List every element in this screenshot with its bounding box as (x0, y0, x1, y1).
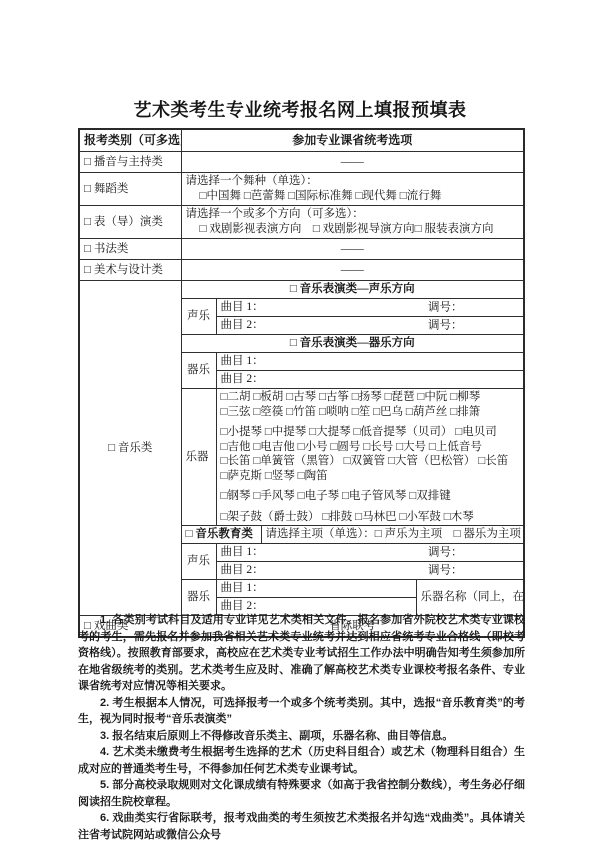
education-instrumental-piece1-label: 曲目 1： (221, 582, 264, 594)
row-calligraphy: □ 书法类 —— (79, 239, 524, 260)
education-instrumental-piece1-field[interactable]: 曲目 1： (216, 580, 416, 598)
vocal-piece1-key-label: 调号： (428, 300, 463, 315)
instrument-line[interactable]: □二胡 □板胡 □古琴 □古筝 □扬琴 □琵琶 □中阮 □柳琴 (221, 390, 520, 405)
instrument-group-western: □小提琴 □中提琴 □大提琴 □低音提琴（贝司） □电贝司 □吉他 □电吉他 □… (221, 425, 520, 483)
checkbox-music-instrumental-performance[interactable]: □ 音乐表演类—器乐方向 (181, 335, 524, 353)
broadcast-empty-dash: —— (181, 152, 524, 173)
checkbox-music-vocal-performance[interactable]: □ 音乐表演类—声乐方向 (181, 281, 524, 299)
education-vocal-piece2-field[interactable]: 曲目 2： 调号： (216, 562, 524, 580)
note-2: 2. 考生根据本人情况，可选择报考一个或多个统考类别。其中，选报“音乐教育类”的… (78, 695, 525, 728)
note-4: 4. 艺术类未缴费考生根据考生选择的艺术（历史科目组合）或艺术（物理科目组合）生… (78, 744, 525, 777)
instrumental-piece2-label: 曲目 2： (221, 373, 264, 385)
acting-prompt: 请选择一个或多个方向（可多选）： (186, 207, 520, 222)
education-vocal-piece1-label: 曲目 1： (221, 546, 264, 558)
row-music-vocal-header: □ 音乐类 □ 音乐表演类—声乐方向 (79, 281, 524, 299)
vocal-piece1-field[interactable]: 曲目 1： 调号： (216, 299, 524, 317)
vocal-piece2-key-label: 调号： (428, 318, 463, 333)
calligraphy-empty-dash: —— (181, 239, 524, 260)
education-vocal-piece1-key-label: 调号： (428, 545, 463, 560)
dance-prompt: 请选择一个舞种（单选）： (186, 174, 520, 189)
row-dance: □ 舞蹈类 请选择一个舞种（单选）： □中国舞 □芭蕾舞 □国际标准舞 □现代舞… (79, 173, 524, 206)
instrumental-piece1-label: 曲目 1： (221, 355, 264, 367)
instrument-line[interactable]: □小提琴 □中提琴 □大提琴 □低音提琴（贝司） □电贝司 (221, 425, 520, 440)
checkbox-calligraphy[interactable]: □ 书法类 (79, 239, 181, 260)
note-6: 6. 戏曲类实行省际联考，报考戏曲类的考生须按艺术类报名并勾选“戏曲类”。具体请… (78, 810, 525, 843)
header-category: 报考类别（可多选） (79, 129, 181, 152)
row-broadcast-host: □ 播音与主持类 —— (79, 152, 524, 173)
instrument-line[interactable]: □长笛 □单簧管（黑管） □双簧管 □大管（巴松管） □长笛 (221, 454, 520, 469)
note-5: 5. 部分高校录取规则对文化课成绩有特殊要求（如高于我省控制分数线），考生务必仔… (78, 777, 525, 810)
table-header-row: 报考类别（可多选） 参加专业课省统考选项 (79, 129, 524, 152)
page-title: 艺术类考生专业统考报名网上填报预填表 (0, 96, 600, 122)
acting-options-cell: 请选择一个或多个方向（可多选）： □ 戏剧影视表演方向 □ 戏剧影视导演方向□ … (181, 206, 524, 239)
instrumental-section-label: 器乐 (181, 353, 216, 389)
checkbox-broadcast-host[interactable]: □ 播音与主持类 (79, 152, 181, 173)
checkbox-music-education[interactable]: □ 音乐教育类 (181, 526, 261, 544)
instrument-picker-label: 乐器（单选） (181, 389, 216, 526)
instrument-line[interactable]: □吉他 □电吉他 □小号 □圆号 □长号 □大号 □上低音号 (221, 440, 520, 455)
dance-option-checkboxes[interactable]: □中国舞 □芭蕾舞 □国际标准舞 □现代舞 □流行舞 (186, 189, 520, 204)
note-1: 1. 各类别考试科目及适用专业详见艺术类相关文件。报名参加省外院校艺术类专业课校… (78, 612, 525, 695)
checkbox-music[interactable]: □ 音乐类 (79, 281, 181, 616)
vocal-piece2-label: 曲目 2： (221, 319, 264, 331)
header-options: 参加专业课省统考选项 (181, 129, 524, 152)
checkbox-acting-directing[interactable]: □ 表（导）演类 (79, 206, 181, 239)
acting-option-checkboxes[interactable]: □ 戏剧影视表演方向 □ 戏剧影视导演方向□ 服装表演方向 (186, 222, 520, 237)
vocal-piece2-field[interactable]: 曲目 2： 调号： (216, 317, 524, 335)
registration-prefill-table: 报考类别（可多选） 参加专业课省统考选项 □ 播音与主持类 —— □ 舞蹈类 请… (78, 128, 525, 638)
document-page: 艺术类考生专业统考报名网上填报预填表 报考类别（可多选） 参加专业课省统考选项 … (0, 0, 600, 848)
instrument-checkbox-list: □二胡 □板胡 □古琴 □古筝 □扬琴 □琵琶 □中阮 □柳琴 □三弦 □箜篌 … (216, 389, 524, 526)
instrument-group-percussion: □架子鼓（爵士鼓） □排鼓 □马林巴 □小军鼓 □木琴 (221, 510, 520, 525)
note-3: 3. 报名结束后原则上不得修改音乐类主、副项，乐器名称、曲目等信息。 (78, 728, 525, 745)
instrument-line[interactable]: □架子鼓（爵士鼓） □排鼓 □马林巴 □小军鼓 □木琴 (221, 510, 520, 525)
education-vocal-piece2-key-label: 调号： (428, 563, 463, 578)
instrumental-piece1-field[interactable]: 曲目 1： (216, 353, 524, 371)
education-vocal-label: 声乐 (181, 544, 216, 580)
vocal-piece1-label: 曲目 1： (221, 301, 264, 313)
vocal-section-label: 声乐 (181, 299, 216, 335)
row-acting-directing: □ 表（导）演类 请选择一个或多个方向（可多选）： □ 戏剧影视表演方向 □ 戏… (79, 206, 524, 239)
instrument-group-chinese: □二胡 □板胡 □古琴 □古筝 □扬琴 □琵琶 □中阮 □柳琴 □三弦 □箜篌 … (221, 390, 520, 419)
checkbox-art-design[interactable]: □ 美术与设计类 (79, 260, 181, 281)
instrument-group-keyboard: □钢琴 □手风琴 □电子琴 □电子管风琴 □双排键 (221, 489, 520, 504)
instrument-line[interactable]: □萨克斯 □竖琴 □陶笛 (221, 469, 520, 484)
education-instrumental-label: 器乐 (181, 580, 216, 616)
row-art-design: □ 美术与设计类 —— (79, 260, 524, 281)
education-vocal-piece2-label: 曲目 2： (221, 564, 264, 576)
dance-options-cell: 请选择一个舞种（单选）： □中国舞 □芭蕾舞 □国际标准舞 □现代舞 □流行舞 (181, 173, 524, 206)
education-instrumental-piece2-label: 曲目 2： (221, 600, 264, 612)
notes-section: 1. 各类别考试科目及适用专业详见艺术类相关文件。报名参加省外院校艺术类专业课校… (78, 612, 525, 843)
instrument-line[interactable]: □三弦 □箜篌 □竹笛 □唢呐 □笙 □巴乌 □葫芦丝 □排箫 (221, 405, 520, 420)
education-main-option-checkboxes[interactable]: 请选择主项（单选）：□ 声乐为主项 □ 器乐为主项 (261, 526, 524, 544)
instrumental-piece2-field[interactable]: 曲目 2： (216, 371, 524, 389)
education-vocal-piece1-field[interactable]: 曲目 1： 调号： (216, 544, 524, 562)
checkbox-dance[interactable]: □ 舞蹈类 (79, 173, 181, 206)
instrument-line[interactable]: □钢琴 □手风琴 □电子琴 □电子管风琴 □双排键 (221, 489, 520, 504)
art-design-empty-dash: —— (181, 260, 524, 281)
instrument-name-note: 乐器名称（同上，在上方乐器中进行选择） (416, 580, 524, 616)
